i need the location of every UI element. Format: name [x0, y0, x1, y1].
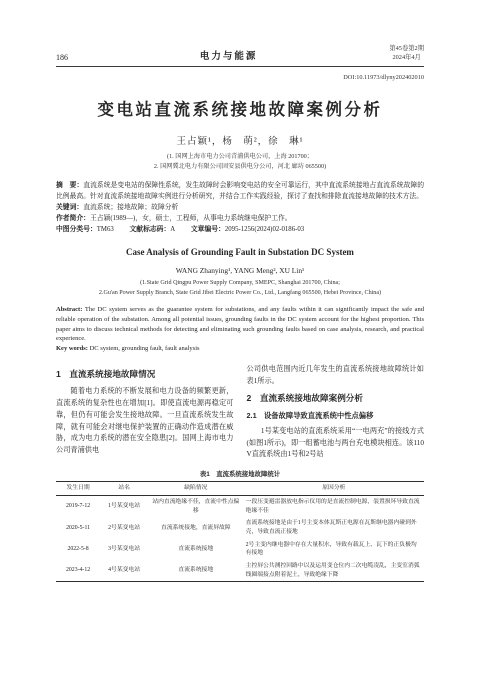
abstract-block-cn: 摘 要：直流系统是变电站的保障性系统，发生故障时会影响变电站的安全可靠运行，其中… — [56, 181, 424, 235]
cell-reason: 一段压变避雷器放电指示仪用的是直流控制电源，装置损坏导致直流绝缘不佳 — [244, 495, 424, 517]
keywords-cn-label: 关键词： — [56, 204, 83, 211]
classification-line: 中图分类号：TM63 文献标志码：A 文章编号：2095-1256(2024)0… — [56, 225, 424, 236]
cell-reason: 主控屏公共测控回路中以及运用变仓位内二次电缆凌乱，主变室消弧线圈端接点附着泥土，… — [244, 560, 424, 582]
cell-reason: 2号主变内继电器中存在大量积水，导致有载瓦上、瓦下的正负极均有接地 — [244, 539, 424, 560]
left-column: 1 直流系统接地故障情况 随着电力系统的不断发展和电力设备的频繁更新，直流系统的… — [56, 364, 234, 461]
page-number: 186 — [56, 53, 68, 62]
paper-title-cn: 变电站直流系统接地故障案例分析 — [56, 96, 424, 120]
cell-reason: 直流系统接地是由于1号主变本体瓦斯正电源在瓦斯继电器内碰到外壳，导致直流正接地 — [244, 517, 424, 538]
table-1-caption: 表1 直流系统接地故障统计 — [56, 469, 424, 478]
affiliation-en-2: 2.Gu'an Power Supply Branch, State Grid … — [99, 290, 381, 296]
cell-station: 3号某变电站 — [100, 539, 148, 560]
paper-title-en-text: Case Analysis of Grounding Fault in Subs… — [126, 247, 354, 257]
section-2-1-paragraph: 1号某变电站的直流系统采用“一电两充”的接线方式(如图1所示)，即一组蓄电池与两… — [247, 426, 425, 461]
author-bio: 作者简介：王占颖(1989—)，女，硕士，工程师，从事电力系统继电保护工作。 — [56, 214, 424, 225]
table-header-defect: 缺陷情况 — [148, 482, 244, 496]
author-bio-text: 王占颖(1989—)，女，硕士，工程师，从事电力系统继电保护工作。 — [90, 215, 292, 222]
cell-defect: 直流系统接地，直流屏故障 — [148, 517, 244, 538]
table-row: 2023-4-12 4号某变电站 直流系统接地 主控屏公共测控回路中以及运用变仓… — [56, 560, 424, 582]
affiliation-cn-1: (1. 国网上海市电力公司青浦供电公司，上海 201700； — [167, 153, 313, 160]
affiliations-en: (1.State Grid Qingpu Power Supply Compan… — [56, 279, 424, 297]
abstract-en-label: Abstract: — [56, 306, 85, 313]
table-header-row: 发生日期 站名 缺陷情况 原因分析 — [56, 482, 424, 496]
section-1-heading: 1 直流系统接地故障情况 — [56, 367, 234, 381]
affiliations-cn: (1. 国网上海市电力公司青浦供电公司，上海 201700； 2. 国网冀北电力… — [56, 152, 424, 172]
journal-header: 186 电力与能源 第45卷第2期 2024年4月 — [56, 0, 424, 67]
table-row: 2020-5-11 2号某变电站 直流系统接地，直流屏故障 直流系统接地是由于1… — [56, 517, 424, 538]
issue-info: 第45卷第2期 2024年4月 — [389, 44, 424, 62]
abstract-cn: 摘 要：直流系统是变电站的保障性系统，发生故障时会影响变电站的安全可靠运行，其中… — [56, 181, 424, 203]
cell-defect: 直流系统接地 — [148, 560, 244, 582]
section-2-heading: 2 直流系统接地故障案例分析 — [247, 391, 425, 405]
abstract-en-text: The DC system serves as the guarantee sy… — [56, 306, 424, 343]
abstract-block-en: Abstract: The DC system serves as the gu… — [56, 305, 424, 354]
keywords-en: Key words: DC system, grounding fault, f… — [56, 344, 424, 354]
issue-date: 2024年4月 — [393, 54, 421, 61]
keywords-en-text: DC system, grounding fault, fault analys… — [90, 345, 200, 352]
keywords-cn-text: 直流系统；接地故障；故障分析 — [83, 204, 178, 211]
right-column: 公司供电范围内近几年发生的直流系统接地故障统计如表1所示。 2 直流系统接地故障… — [247, 364, 425, 461]
doi-text: DOI:10.11973/dlyny202402010 — [56, 74, 424, 81]
journal-title: 电力与能源 — [200, 48, 258, 62]
table-header-station: 站名 — [100, 482, 148, 496]
table-1: 发生日期 站名 缺陷情况 原因分析 2019-7-12 1号某变电站 站内直流绝… — [56, 481, 424, 582]
abstract-en: Abstract: The DC system serves as the gu… — [56, 305, 424, 345]
affiliation-cn-2: 2. 国网冀北电力有限公司固安县供电分公司，河北 廊坊 065500) — [154, 163, 326, 170]
table-header-reason: 原因分析 — [244, 482, 424, 496]
clc-value: TM63 — [97, 226, 114, 233]
cell-defect: 站内直流绝缘不佳，直流中性点偏移 — [148, 495, 244, 517]
document-code-value: A — [170, 226, 175, 233]
keywords-cn: 关键词：直流系统；接地故障；故障分析 — [56, 203, 424, 214]
author-bio-label: 作者简介： — [56, 215, 90, 222]
section-1-paragraph: 随着电力系统的不断发展和电力设备的频繁更新，直流系统的复杂性也在增加[1]。即使… — [56, 386, 234, 457]
cell-date: 2023-4-12 — [56, 560, 100, 582]
table-1-header: 发生日期 站名 缺陷情况 原因分析 — [56, 482, 424, 496]
abstract-cn-label: 摘 要： — [56, 182, 83, 189]
cell-date: 2022-5-8 — [56, 539, 100, 560]
clc-number: 中图分类号：TM63 — [56, 226, 114, 233]
article-id: 文章编号：2095-1256(2024)02-0186-03 — [191, 226, 304, 233]
article-id-value: 2095-1256(2024)02-0186-03 — [225, 226, 304, 233]
cell-defect: 直流系统接地 — [148, 539, 244, 560]
keywords-en-label: Key words: — [56, 345, 90, 352]
section-2-1-heading: 2.1 设备故障导致直流系统中性点偏移 — [247, 410, 425, 422]
article-id-label: 文章编号： — [191, 226, 225, 233]
table-row: 2019-7-12 1号某变电站 站内直流绝缘不佳，直流中性点偏移 一段压变避雷… — [56, 495, 424, 517]
paper-page: 186 电力与能源 第45卷第2期 2024年4月 DOI:10.11973/d… — [0, 0, 480, 673]
issue-volume: 第45卷第2期 — [389, 45, 424, 52]
page-content: 186 电力与能源 第45卷第2期 2024年4月 DOI:10.11973/d… — [56, 0, 424, 582]
cell-date: 2020-5-11 — [56, 517, 100, 538]
authors-cn: 王占颖¹，杨 萌²，徐 琳¹ — [56, 133, 424, 147]
body-columns: 1 直流系统接地故障情况 随着电力系统的不断发展和电力设备的频繁更新，直流系统的… — [56, 364, 424, 461]
table-1-body: 2019-7-12 1号某变电站 站内直流绝缘不佳，直流中性点偏移 一段压变避雷… — [56, 495, 424, 582]
cell-station: 1号某变电站 — [100, 495, 148, 517]
cell-date: 2019-7-12 — [56, 495, 100, 517]
document-code: 文献标志码：A — [129, 226, 175, 233]
cell-station: 2号某变电站 — [100, 517, 148, 538]
document-code-label: 文献标志码： — [129, 226, 170, 233]
table-header-date: 发生日期 — [56, 482, 100, 496]
abstract-cn-text: 直流系统是变电站的保障性系统，发生故障时会影响变电站的安全可靠运行，其中直流系统… — [56, 182, 424, 200]
cell-station: 4号某变电站 — [100, 560, 148, 582]
authors-en: WANG Zhanying¹, YANG Meng², XU Lin¹ — [56, 266, 424, 275]
clc-label: 中图分类号： — [56, 226, 97, 233]
section-1-paragraph-continued: 公司供电范围内近几年发生的直流系统接地故障统计如表1所示。 — [247, 364, 425, 388]
paper-title-en: Case Analysis of Grounding Fault in Subs… — [56, 247, 424, 257]
affiliation-en-1: (1.State Grid Qingpu Power Supply Compan… — [140, 280, 340, 286]
table-row: 2022-5-8 3号某变电站 直流系统接地 2号主变内继电器中存在大量积水，导… — [56, 539, 424, 560]
